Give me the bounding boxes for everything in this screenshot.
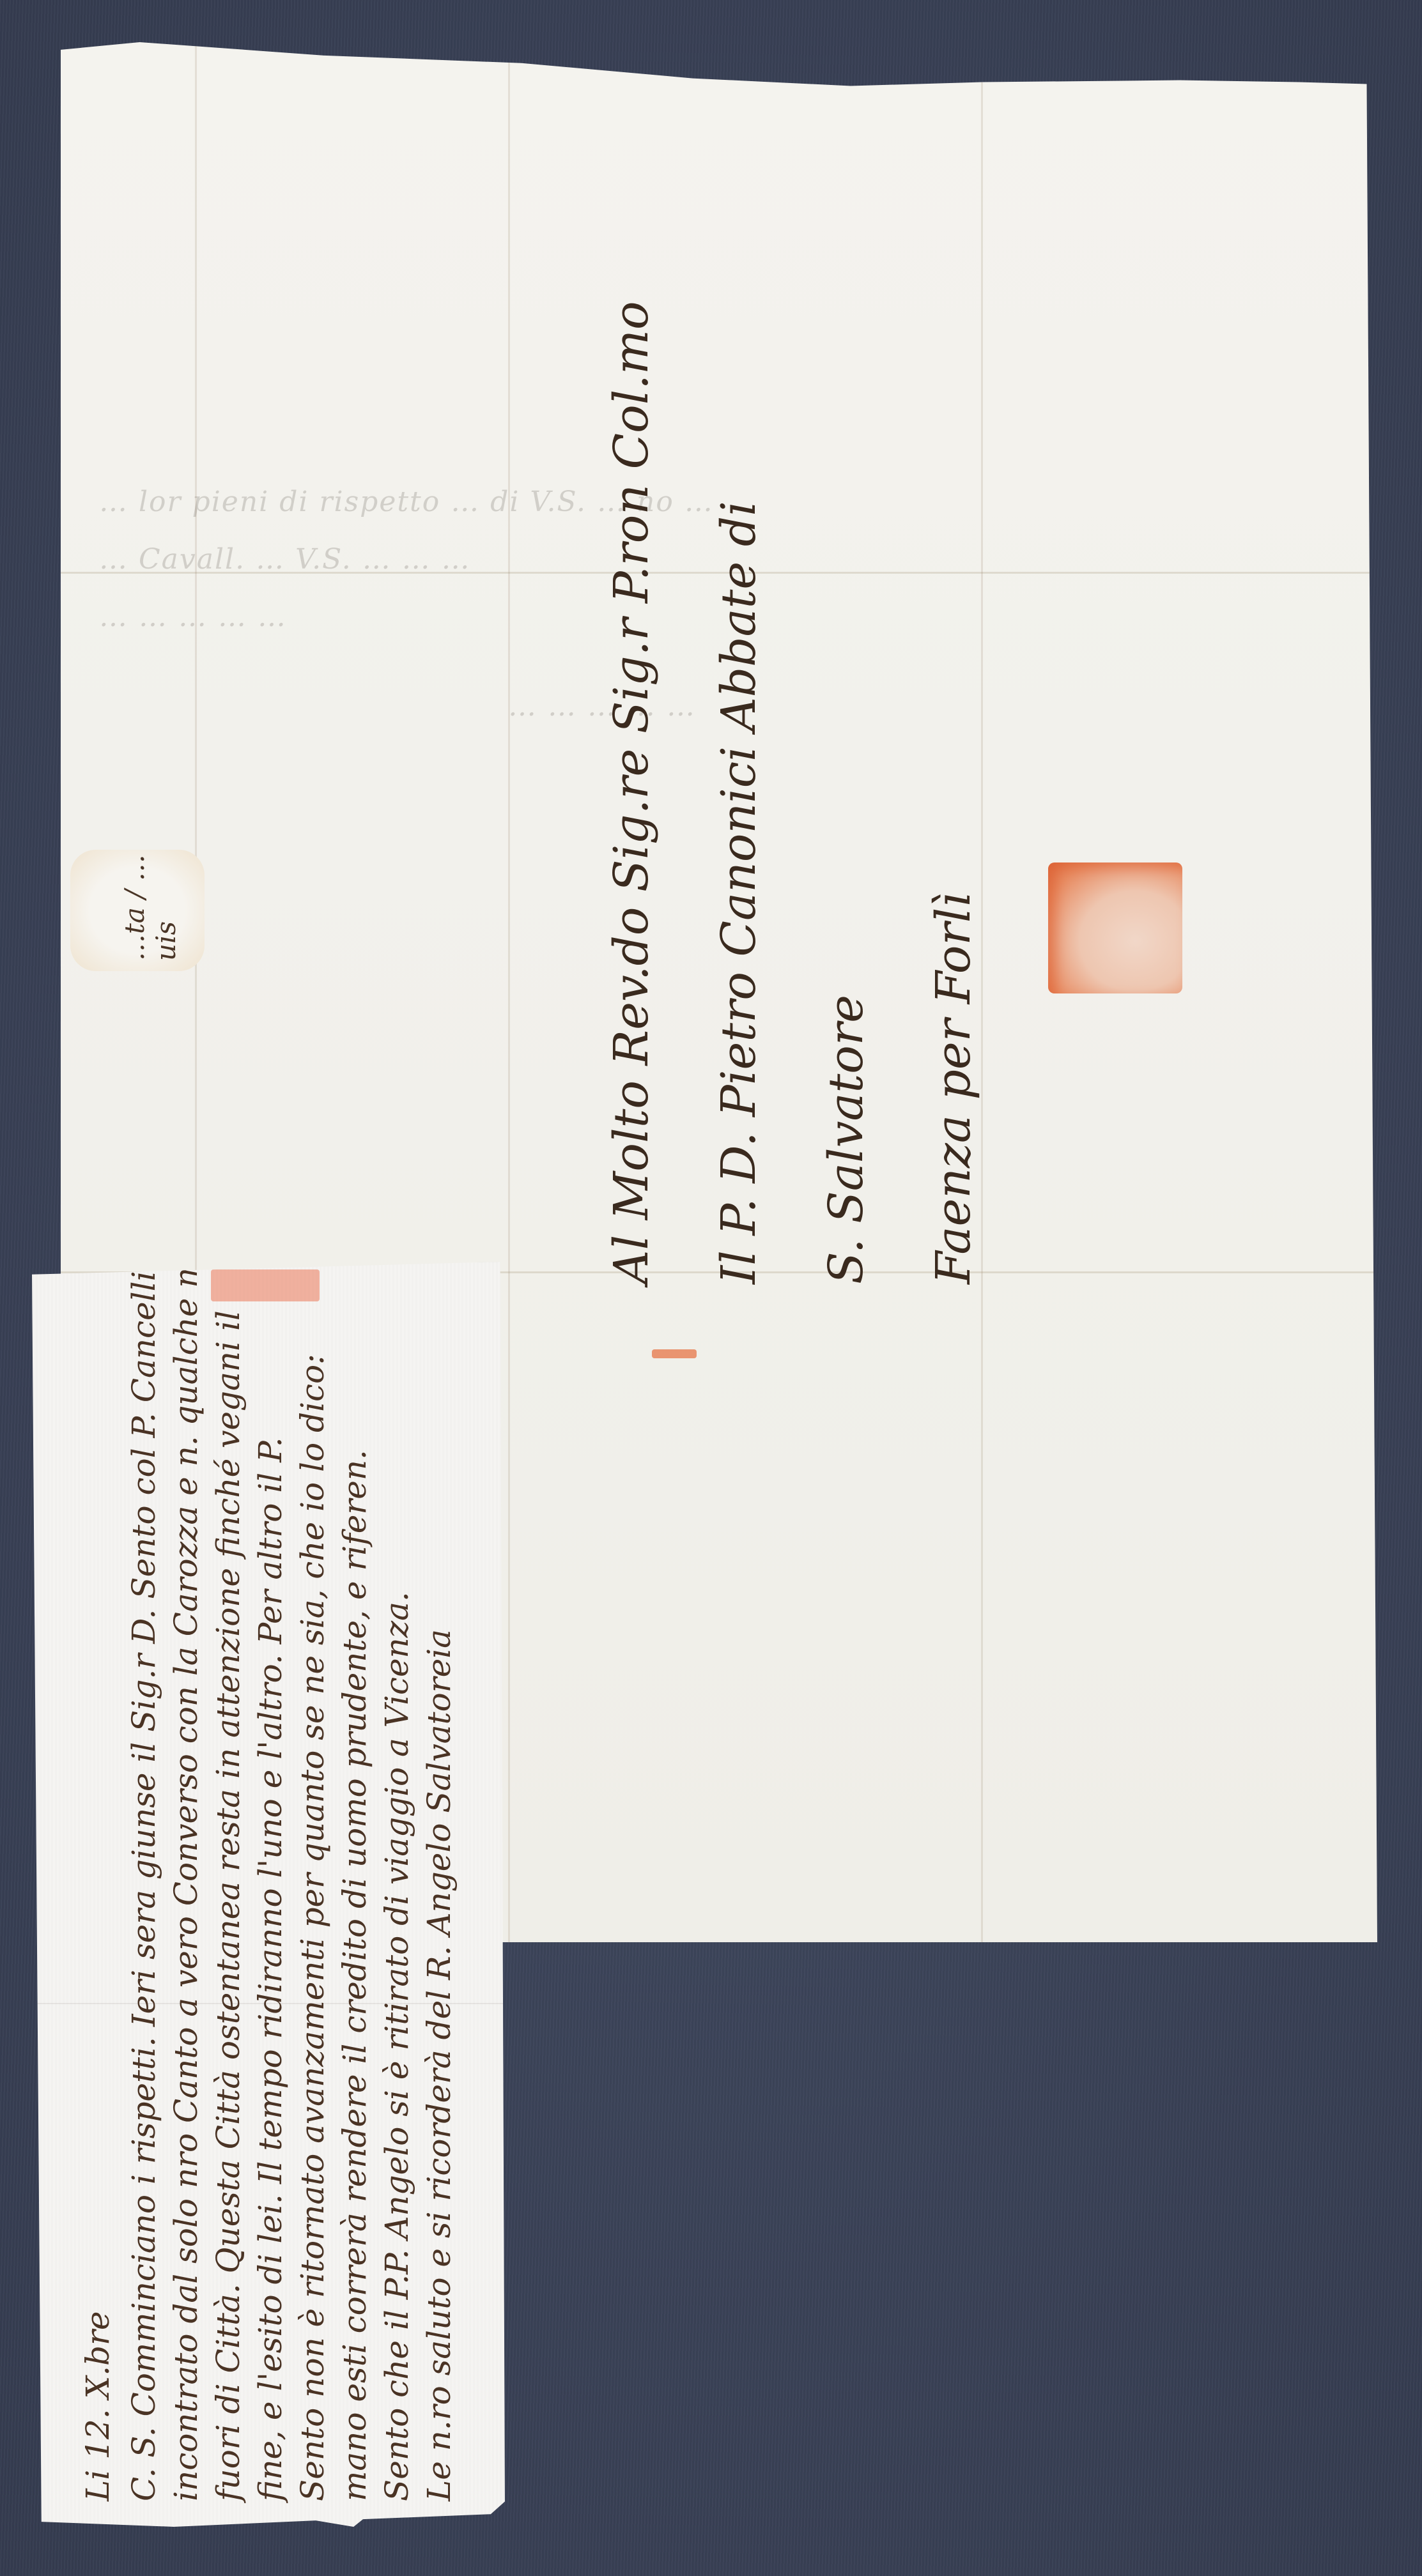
note-line: Le n.ro saluto e si ricorderà del R. Ang… <box>418 1287 460 2501</box>
paper-fragment: …ta / …uis <box>70 850 205 971</box>
note-date: Li 12. X.bre <box>77 1287 119 2501</box>
note-line: fuori di Città. Questa Città ostentanea … <box>207 1287 249 2501</box>
note-line: incontrato dal solo nro Canto a vero Con… <box>165 1287 207 2501</box>
note-line: C. S. Comminciano i rispetti. Ieri sera … <box>123 1287 165 2501</box>
note-line: mano esti correrà rendere il credito di … <box>334 1287 376 2501</box>
fold-line <box>508 38 510 1942</box>
address-line: Il P. D. Pietro Canonici Abbate di <box>685 607 792 1284</box>
attached-note: Li 12. X.bre C. S. Comminciano i rispett… <box>32 1262 505 2527</box>
wax-seal <box>1048 862 1182 993</box>
address-panel: Al Molto Rev.do Sig.re Sig.r P.ron Col.m… <box>562 601 1023 1291</box>
address-line: Al Molto Rev.do Sig.re Sig.r P.ron Col.m… <box>578 607 685 1284</box>
wax-trace <box>652 1349 697 1358</box>
address-line: S. Salvatore <box>792 607 900 1284</box>
note-line: fine, e l'esito di lei. Il tempo ridiran… <box>249 1287 291 2501</box>
note-line: Sento che il P.P. Angelo si è ritirato d… <box>376 1287 418 2501</box>
fragment-text: …ta / …uis <box>119 852 182 961</box>
note-line: Sento non è ritornato avanzamenti per qu… <box>291 1287 334 2501</box>
address-line: Faenza per Forlì <box>900 607 1007 1284</box>
